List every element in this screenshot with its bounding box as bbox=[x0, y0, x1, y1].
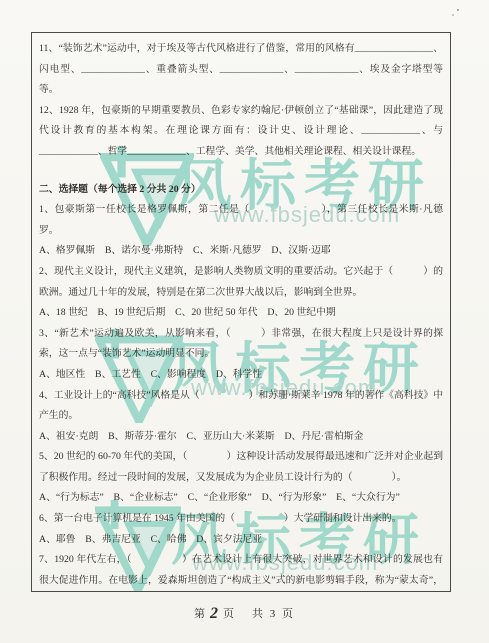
question-stem: 7、1920 年代左右，（ ）在艺术设计上有很大突破，对世界艺术和设计的发展也有… bbox=[39, 550, 443, 592]
question-options: A、耶鲁 B、弗吉尼亚 C、哈佛 D、宾夕法尼亚 bbox=[39, 530, 443, 551]
question-stem: 1、包豪斯第一任校长是格罗佩斯，第二任是（ ），第三任校长是米斯·凡德罗。 bbox=[39, 200, 443, 241]
question-stem: 5、20 世纪的 60-70 年代的美国，（ ）这种设计活动发展得最迅速和广泛并… bbox=[39, 447, 443, 488]
footer-page-prefix: 第 bbox=[194, 608, 207, 620]
question-options: A、“行为标志” B、“企业标志” C、“企业形象” D、“行为形象” E、“大… bbox=[39, 488, 443, 509]
question-options: A、地区性 B、工艺性 C、影响程度 D、科学性 bbox=[39, 365, 443, 386]
page-footer: 第2页共 3 页 bbox=[0, 604, 489, 622]
question-options: A、祖安·克朗 B、斯蒂芬·霍尔 C、亚历山大·米莱斯 D、丹尼·雷柏斯金 bbox=[39, 427, 443, 448]
footer-total-pages: 共 3 页 bbox=[252, 608, 295, 620]
fill-question-11: 11、“装饰艺术”运动中，对于埃及等古代风格进行了借鉴，常用的风格有______… bbox=[39, 39, 443, 101]
choice-question-5: 5、20 世纪的 60-70 年代的美国，（ ）这种设计活动发展得最迅速和广泛并… bbox=[39, 447, 443, 509]
question-stem: 2、现代主义设计，现代主义建筑，是影响人类物质文明的重要活动。它兴起于（ ）的欧… bbox=[39, 262, 443, 303]
question-stem: 4、工业设计上的“高科技”风格是从（ ）和苏珊·斯莱辛 1978 年的著作《高科… bbox=[39, 386, 443, 427]
section-header: 二、选择题（每个选择 2 分共 20 分） bbox=[39, 180, 443, 201]
choice-question-3: 3、“新艺术”运动遍及欧美，从影响来看，（ ）非常强，在很大程度上只是设计界的探… bbox=[39, 324, 443, 386]
scanned-exam-page: 风标考研 www.fbsjedu.com 风标考研 www.fbsjedu.co… bbox=[0, 0, 489, 643]
choice-question-1: 1、包豪斯第一任校长是格罗佩斯，第二任是（ ），第三任校长是米斯·凡德罗。 A、… bbox=[39, 200, 443, 262]
choice-question-7: 7、1920 年代左右，（ ）在艺术设计上有很大突破，对世界艺术和设计的发展也有… bbox=[39, 550, 443, 592]
question-options: A、格罗佩斯 B、诺尔曼·弗斯特 C、米斯·凡德罗 D、汉斯·迈耶 bbox=[39, 241, 443, 262]
question-stem: 6、第一台电子计算机是在 1945 年由美国的（ ）大学研制和设计出来的。 bbox=[39, 509, 443, 530]
footer-page-number: 2 bbox=[210, 605, 220, 623]
choice-question-4: 4、工业设计上的“高科技”风格是从（ ）和苏珊·斯莱辛 1978 年的著作《高科… bbox=[39, 386, 443, 448]
question-options: A、18 世纪 B、19 世纪后期 C、20 世纪 50 年代 D、20 世纪中… bbox=[39, 303, 443, 324]
choice-question-6: 6、第一台电子计算机是在 1945 年由美国的（ ）大学研制和设计出来的。 A、… bbox=[39, 509, 443, 550]
exam-content-frame: 11、“装饰艺术”运动中，对于埃及等古代风格进行了借鉴，常用的风格有______… bbox=[31, 32, 451, 592]
footer-page-suffix: 页 bbox=[223, 608, 236, 620]
fill-question-12: 12、1928 年，包豪斯的早期重要教员、色彩专家约翰尼·伊顿创立了“基础课”，… bbox=[39, 101, 443, 163]
choice-question-2: 2、现代主义设计，现代主义建筑，是影响人类物质文明的重要活动。它兴起于（ ）的欧… bbox=[39, 262, 443, 324]
scan-artifact-dot bbox=[452, 9, 460, 17]
question-stem: 3、“新艺术”运动遍及欧美，从影响来看，（ ）非常强，在很大程度上只是设计界的探… bbox=[39, 324, 443, 365]
